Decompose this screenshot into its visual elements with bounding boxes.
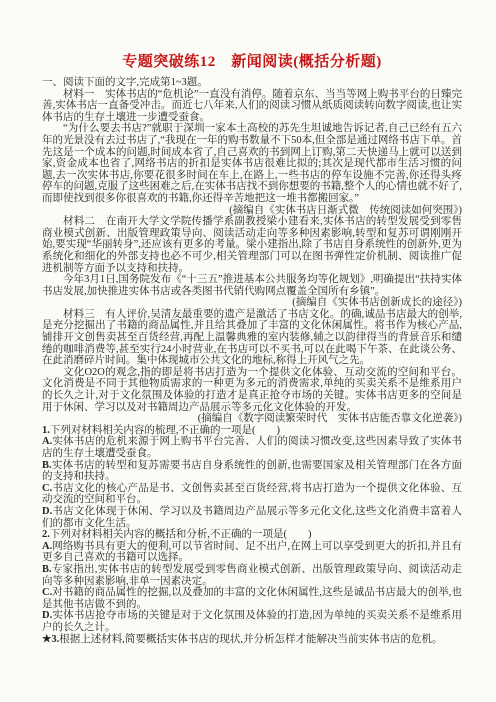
question-1-option-b: B.实体书店的转型和复苏需要书店自身系统性的创新,也需要国家及相关管理部门在各方… [42, 460, 462, 483]
material-1-paragraph-2: “为什么要去书店?”就职于深圳一家本土高校的苏先生坦诚地告诉记者,自己已经有五六… [42, 123, 462, 204]
option-label: C. [42, 587, 52, 598]
option-label: C. [42, 483, 52, 494]
question-1-option-a: A.实体书店的危机来源于网上购书平台完善、人们的阅读习惯改变,这些因素导致了实体… [42, 436, 462, 459]
option-text: 实体书店抢夺市场的关键是对于文化氛围及体验的打造,因为单纯的买卖关系不是维系用户… [42, 610, 462, 633]
option-text: 实体书店的转型和复苏需要书店自身系统性的创新,也需要国家及相关管理部门在各方面的… [42, 460, 462, 483]
question-2-option-d: D.实体书店抢夺市场的关键是对于文化氛围及体验的打造,因为单纯的买卖关系不是维系… [42, 610, 462, 633]
option-text: 实体书店的危机来源于网上购书平台完善、人们的阅读习惯改变,这些因素导致了实体书店… [42, 436, 462, 459]
question-3-stem: 根据上述材料,简要概括实体书店的现状,并分析怎样才能解决当前实体书店的危机。 [59, 634, 442, 645]
question-2-option-a: A.网络购书具有更大的便利,可以节省时间、足不出户,在网上可以享受到更大的折扣,… [42, 541, 462, 564]
option-text: 书店文化体现于休闲、学习以及书籍周边产品展示等多元化文化,这些文化消费丰富着人们… [42, 506, 462, 529]
option-text: 专家指出,实体书店的转型发展受到零售商业模式创新、出版管理政策导向、阅读活动走向… [42, 564, 462, 587]
question-2-number: 2. [42, 529, 50, 540]
exam-page: 专题突破练12 新闻阅读(概括分析题) 一、阅读下面的文字,完成第1~3题。 材… [0, 0, 496, 702]
questions-block: 1.下列对材料相关内容的梳理,不正确的一项是( ) A.实体书店的危机来源于网上… [42, 425, 462, 645]
option-label: B. [42, 564, 52, 575]
option-text: 书店文化的核心产品是书、文创售卖甚至百货经营,将书店打造为一个提供文化体验、互动… [42, 483, 462, 506]
question-2: 2.下列对材料相关内容的概括和分析,不正确的一项是( ) [42, 529, 462, 541]
material-3-paragraph-1: 材料三 有人评价,吴清友最重要的遗产是激活了书店文化。的确,诚品书店最大的创举,… [42, 309, 462, 367]
option-label: A. [42, 436, 52, 447]
question-2-stem: 下列对材料相关内容的概括和分析,不正确的一项是( ) [50, 529, 312, 540]
page-title: 专题突破练12 新闻阅读(概括分析题) [42, 50, 462, 71]
material-1-citation: (摘编自《实体书店日渐式微 传统阅读如何突围》) [42, 205, 462, 217]
question-1-number: 1. [42, 425, 50, 436]
option-label: D. [42, 506, 52, 517]
option-label: D. [42, 610, 52, 621]
question-1-option-c: C.书店文化的核心产品是书、文创售卖甚至百货经营,将书店打造为一个提供文化体验、… [42, 483, 462, 506]
material-1-paragraph-1: 材料一 实体书店的“危机论”一直没有消停。随着京东、当当等网上购书平台的日臻完善… [42, 89, 462, 124]
reading-instruction: 一、阅读下面的文字,完成第1~3题。 [42, 77, 462, 89]
question-3: ★3.根据上述材料,简要概括实体书店的现状,并分析怎样才能解决当前实体书店的危机… [42, 634, 462, 646]
material-1: 材料一 实体书店的“危机论”一直没有消停。随着京东、当当等网上购书平台的日臻完善… [42, 89, 462, 217]
option-label: A. [42, 541, 52, 552]
material-3-citation: (摘编自《数字阅读繁荣时代 实体书店能否靠文化逆袭》) [42, 413, 462, 425]
question-2-option-b: B.专家指出,实体书店的转型发展受到零售商业模式创新、出版管理政策导向、阅读活动… [42, 564, 462, 587]
material-2-paragraph-1: 材料二 在南开大学文学院传播学系副教授梁小建看来,实体书店的转型发展受到零售商业… [42, 216, 462, 274]
material-2: 材料二 在南开大学文学院传播学系副教授梁小建看来,实体书店的转型发展受到零售商业… [42, 216, 462, 309]
question-2-option-c: C.对书籍的商品属性的挖掘,以及叠加的丰富的文化休闲属性,这些是诚品书店最大的创… [42, 587, 462, 610]
option-text: 网络购书具有更大的便利,可以节省时间、足不出户,在网上可以享受到更大的折扣,并且… [42, 541, 462, 564]
question-1-option-d: D.书店文化体现于休闲、学习以及书籍周边产品展示等多元化文化,这些文化消费丰富着… [42, 506, 462, 529]
material-2-citation: (摘编自《实体书店创新成长的途径》) [42, 297, 462, 309]
option-label: B. [42, 460, 52, 471]
option-text: 对书籍的商品属性的挖掘,以及叠加的丰富的文化休闲属性,这些是诚品书店最大的创举,… [42, 587, 462, 610]
question-3-number: ★3. [42, 634, 59, 645]
material-2-paragraph-2: 今年3月1日,国务院发布《“十三五”推进基本公共服务均等化规划》,明确提出“扶持… [42, 274, 462, 297]
question-1-stem: 下列对材料相关内容的梳理,不正确的一项是( ) [50, 425, 280, 436]
material-3: 材料三 有人评价,吴清友最重要的遗产是激活了书店文化。的确,诚品书店最大的创举,… [42, 309, 462, 425]
question-1: 1.下列对材料相关内容的梳理,不正确的一项是( ) [42, 425, 462, 437]
material-3-paragraph-2: 文化O2O的观念,指的即是将书店打造为一个提供文化体验、互动交流的空间和平台。文… [42, 367, 462, 413]
